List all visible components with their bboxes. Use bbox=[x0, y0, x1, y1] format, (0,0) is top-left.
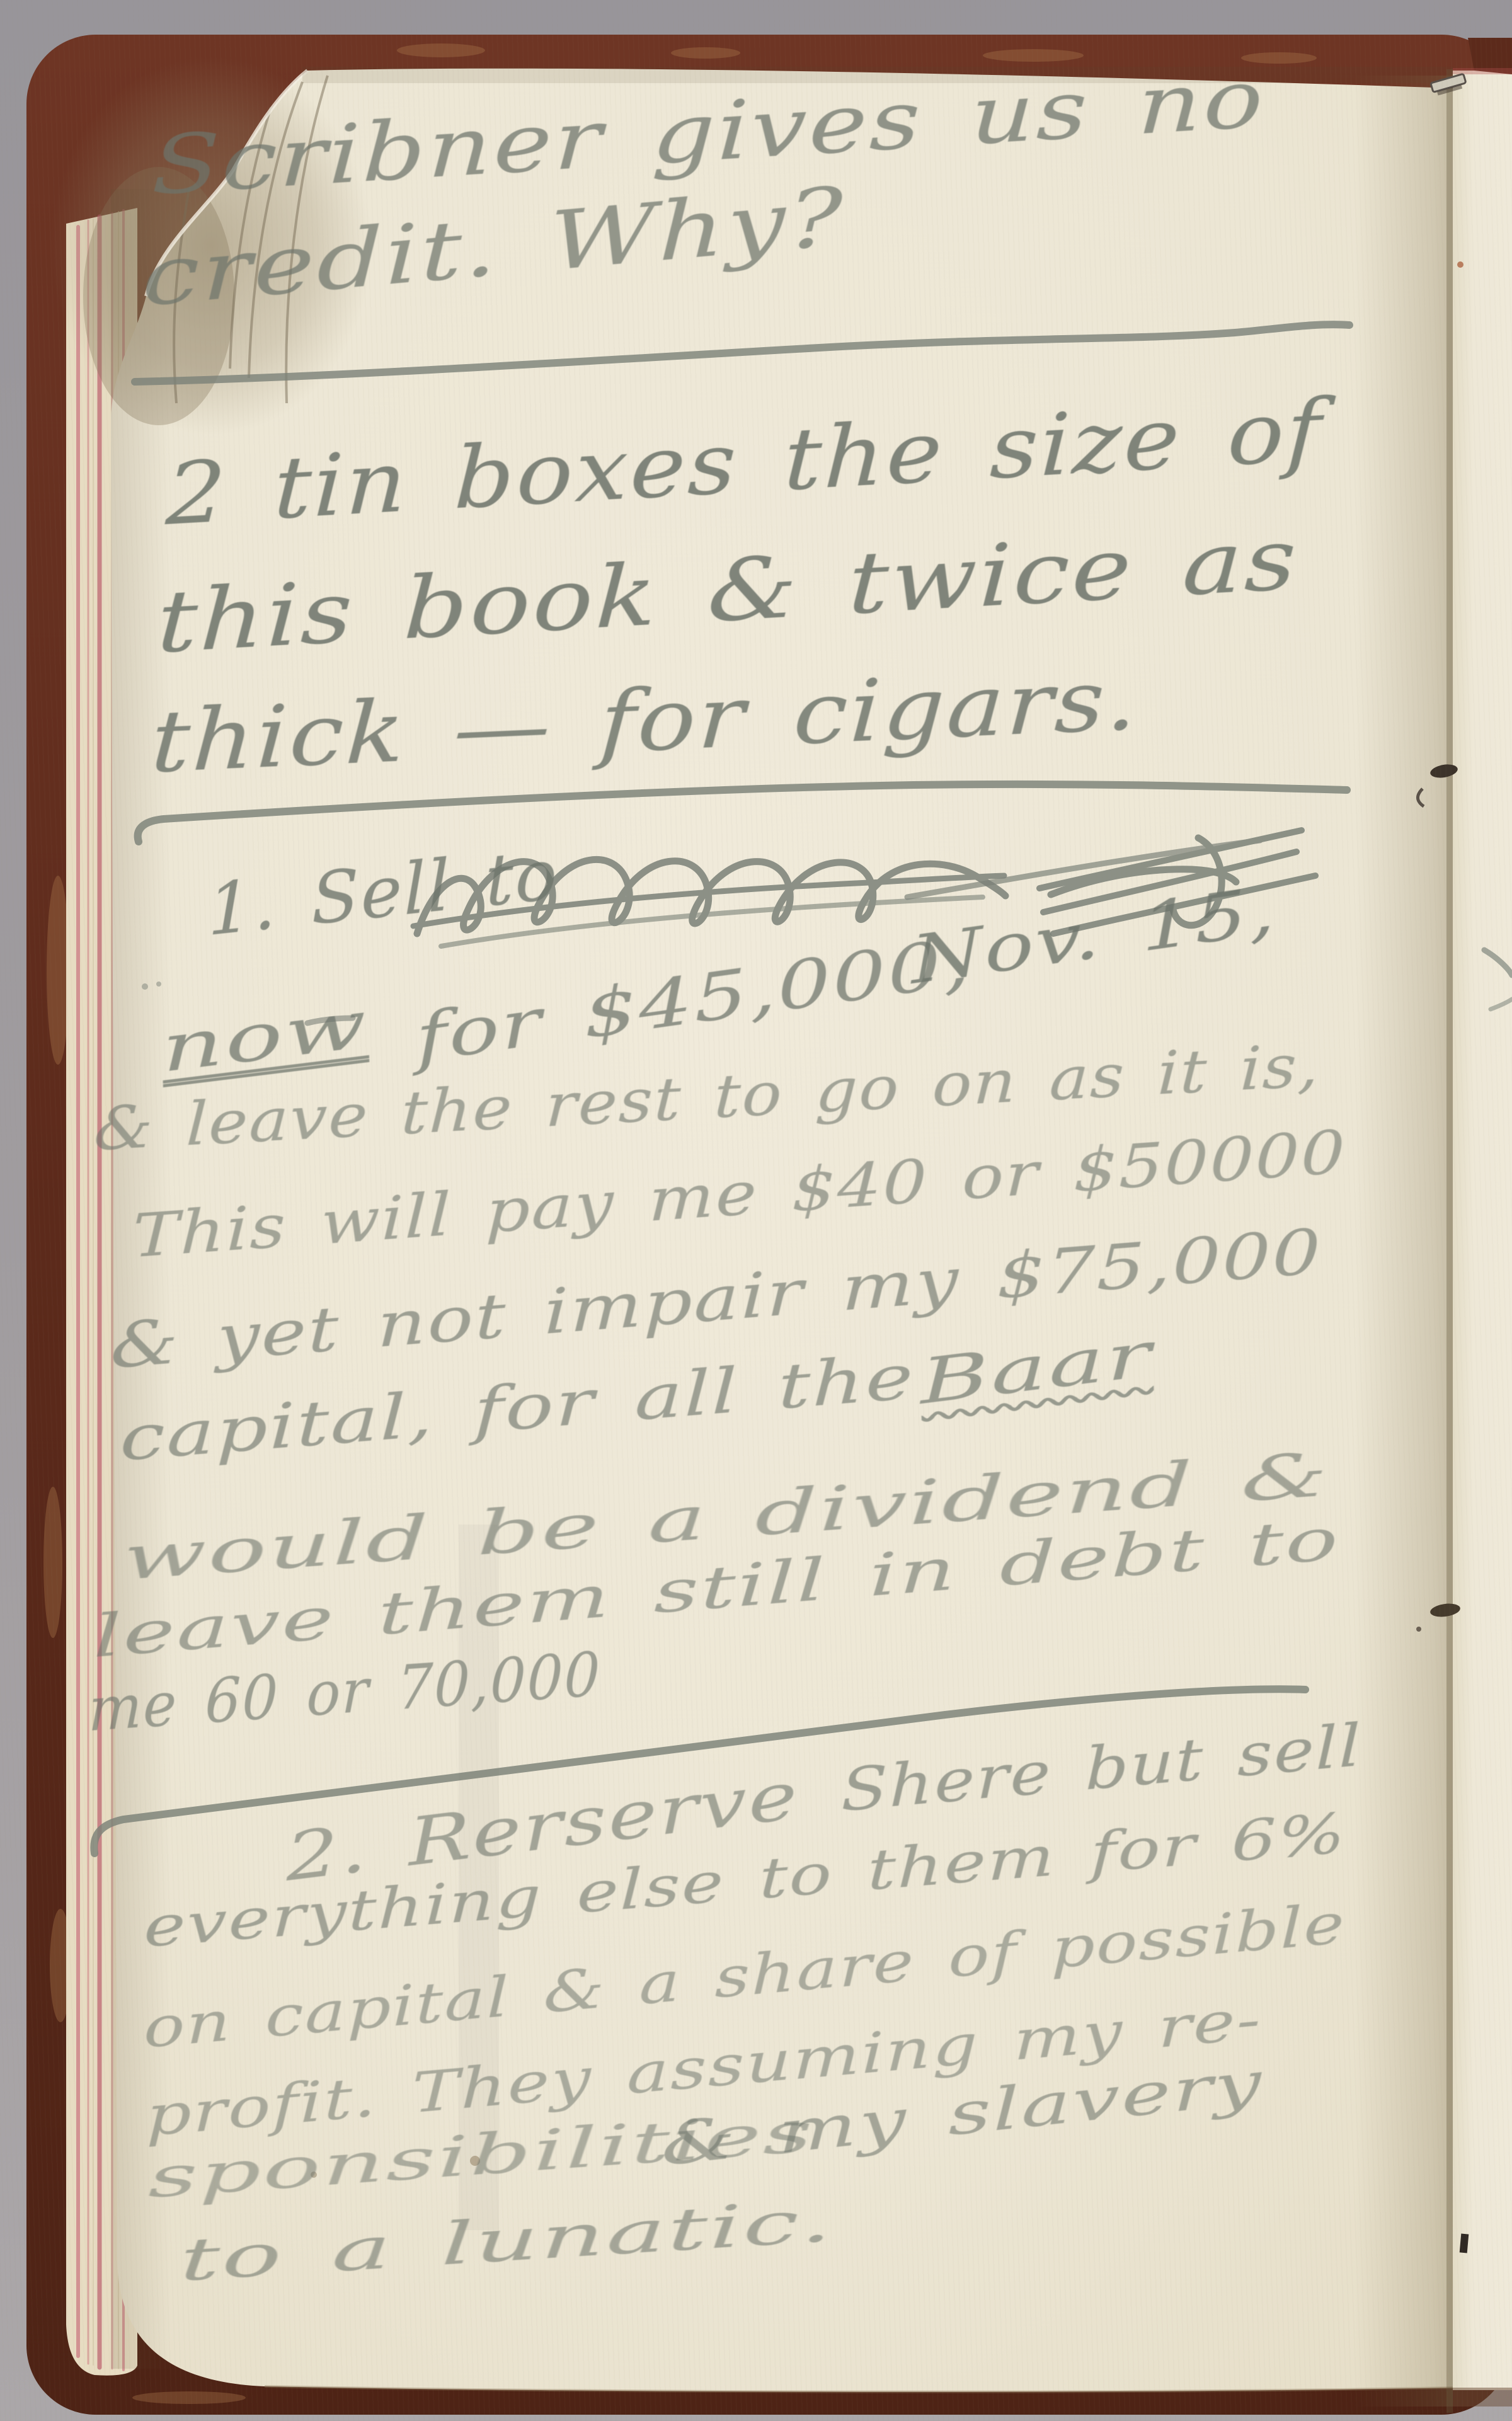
handwritten-line-4: this book & twice as bbox=[156, 512, 1300, 670]
notebook-photo: Scribner gives us nocredit. Why?2 tin bo… bbox=[0, 0, 1512, 2421]
handwritten-line-14: Baar bbox=[919, 1320, 1154, 1417]
handwritten-line-25: to a lunatic. bbox=[179, 2189, 835, 2292]
handwritten-line-5: thick — for cigars. bbox=[149, 653, 1142, 789]
handwritten-line-6: 1. Sell to bbox=[207, 835, 559, 950]
handwriting-layer: Scribner gives us nocredit. Why?2 tin bo… bbox=[0, 0, 1512, 2421]
handwritten-line-8: now bbox=[161, 988, 369, 1085]
handwritten-line-9: for $45,000, bbox=[414, 925, 973, 1075]
